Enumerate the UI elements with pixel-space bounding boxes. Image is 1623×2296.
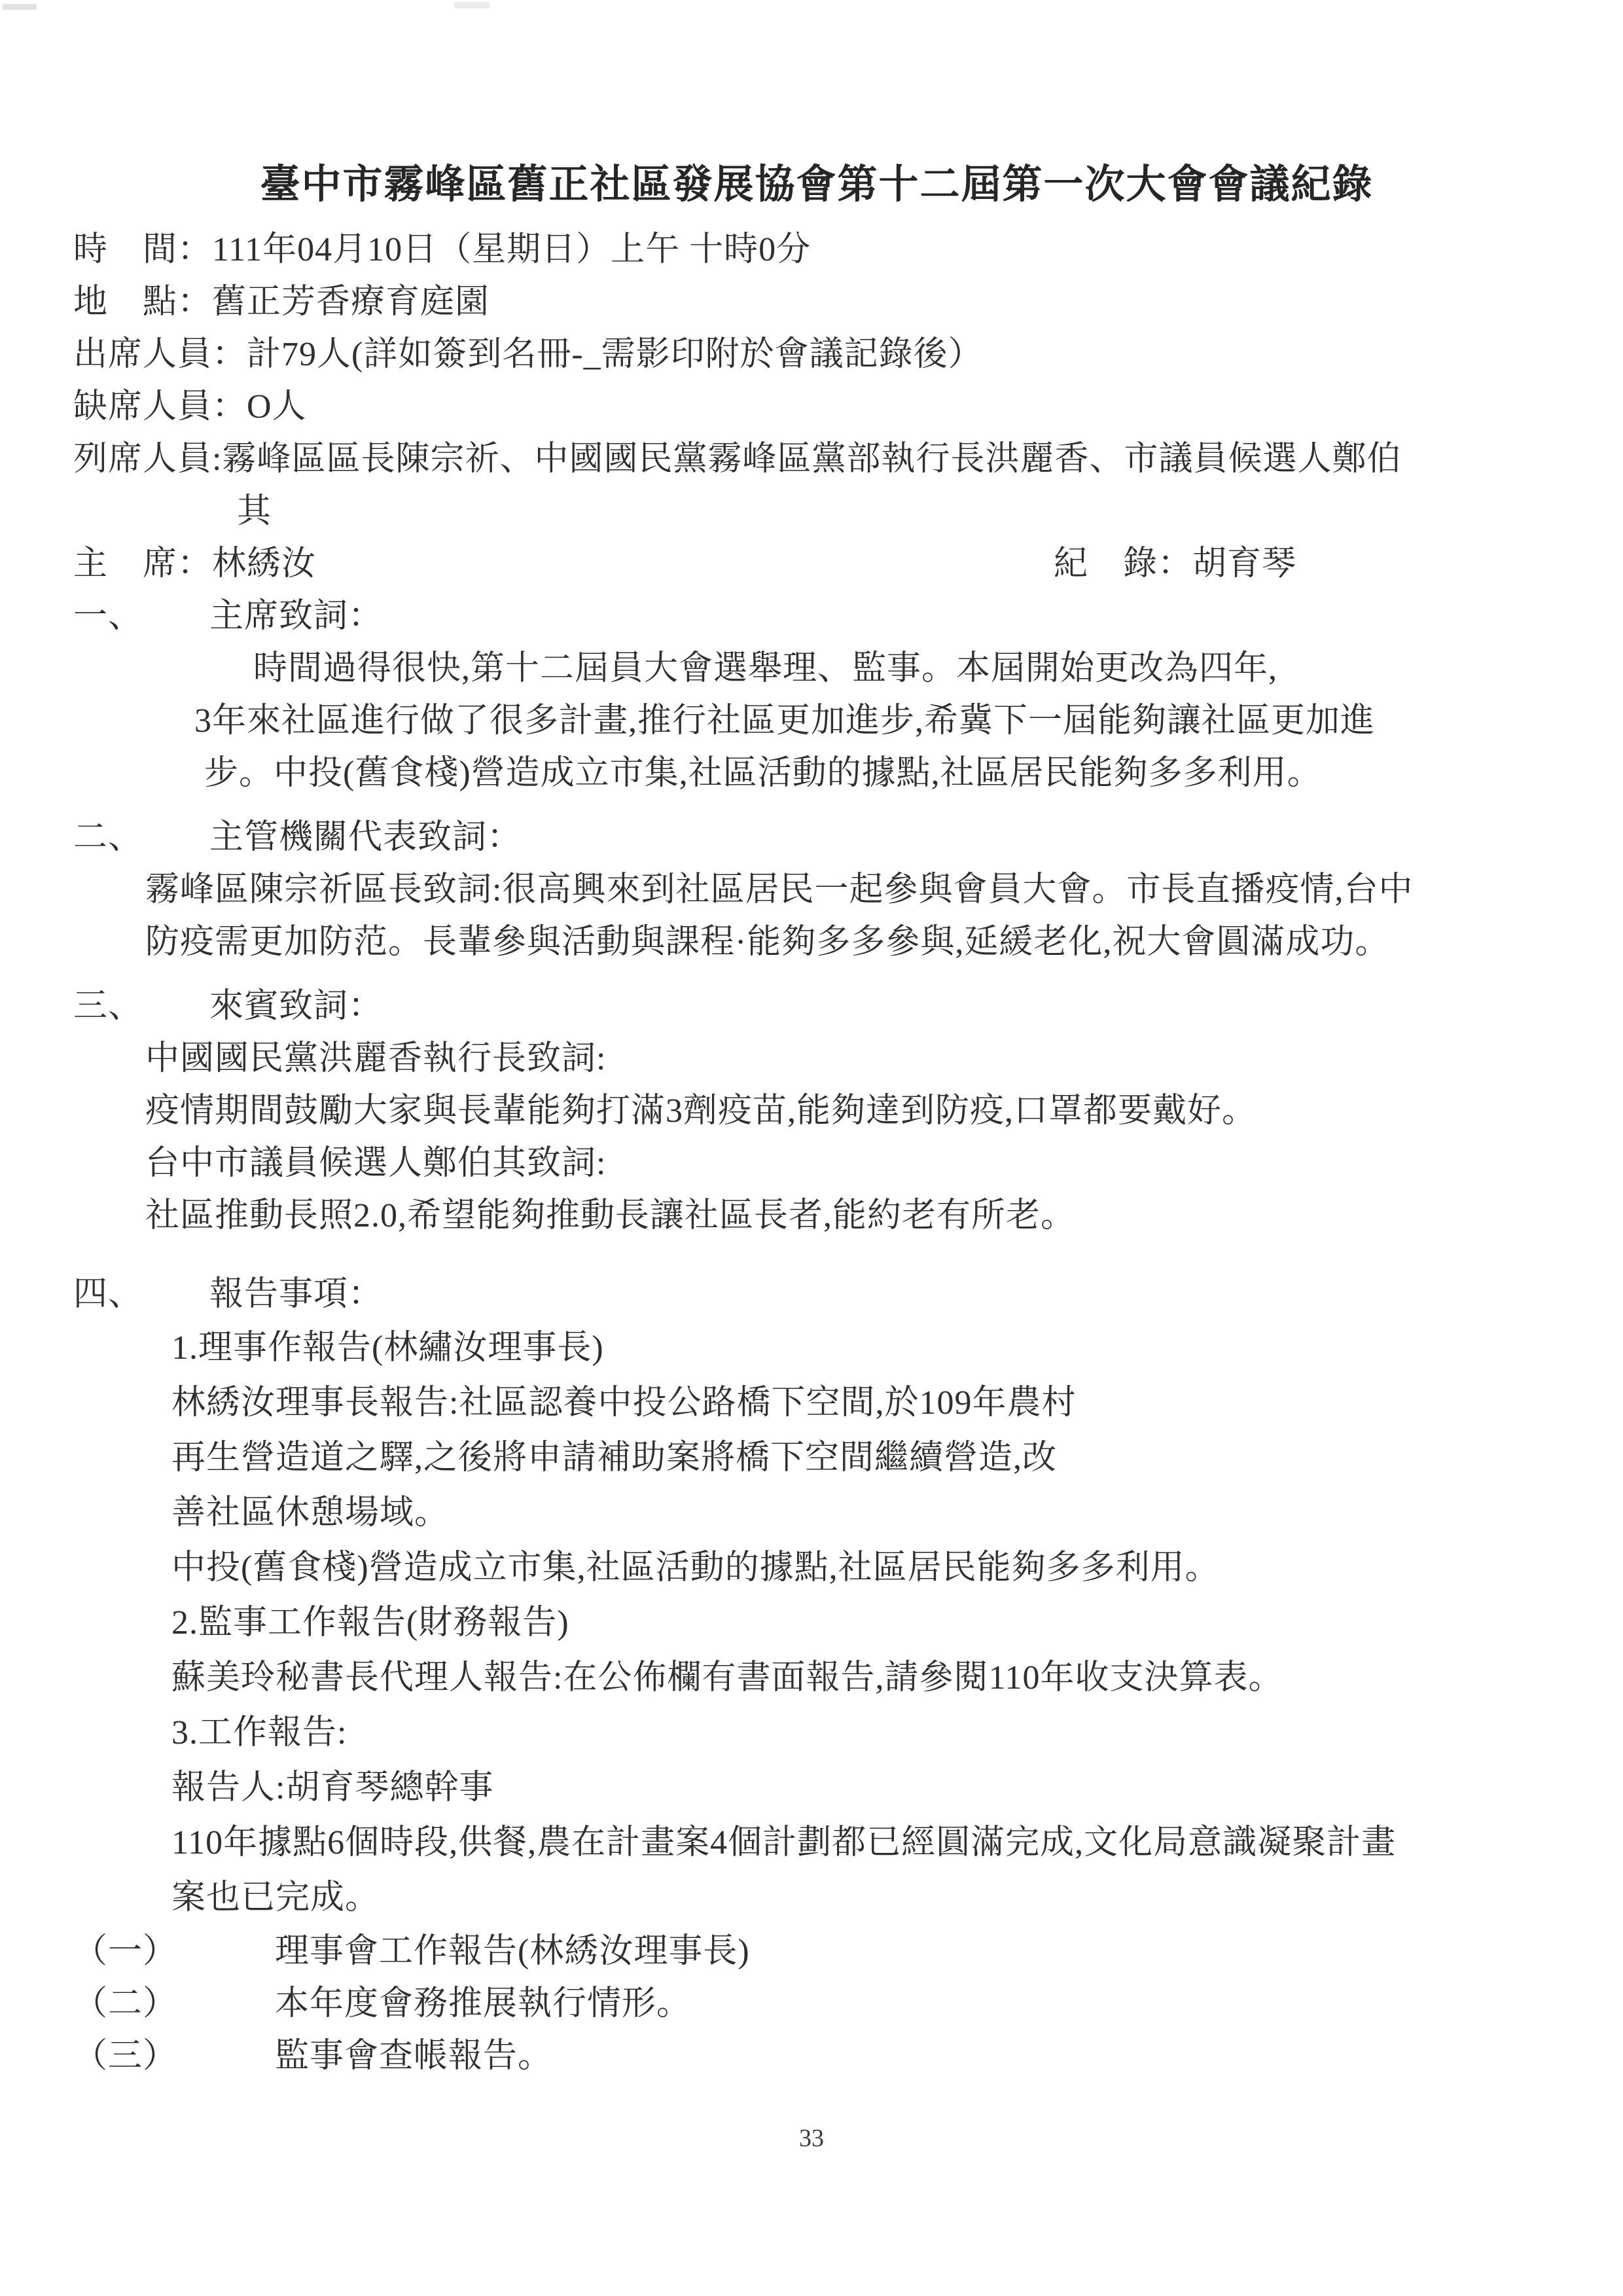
report-item-row: （三） 監事會查帳報告。 bbox=[73, 2030, 1560, 2083]
section-4-paragraph-line: 中投(舊食棧)營造成立市集,社區活動的據點,社區居民能夠多多利用。 bbox=[171, 1541, 1560, 1596]
section-4-paragraph-line: 蘇美玲秘書長代理人報告:在公佈欄有書面報告,請參閱110年收支決算表。 bbox=[171, 1651, 1560, 1706]
section-4-paragraph-line: 110年據點6個時段,供餐,農在計畫案4個計劃都已經圓滿完成,文化局意識凝聚計畫 bbox=[171, 1816, 1560, 1871]
meta-place: 地 點：舊正芳香療育庭園 bbox=[73, 276, 1560, 329]
report-item-text: 本年度會務推展執行情形。 bbox=[275, 1978, 691, 2030]
section-3-heading: 來賓致詞： bbox=[209, 980, 383, 1033]
section-3-paragraph-line: 台中市議員候選人鄭伯其致詞: bbox=[145, 1138, 1560, 1190]
meta-observers: 列席人員:霧峰區區長陳宗祈、中國國民黨霧峰區黨部執行長洪麗香、市議員候選人鄭伯 bbox=[73, 433, 1560, 486]
section-4-paragraph-line: 1.理事作報告(林繡汝理事長) bbox=[171, 1321, 1560, 1376]
report-item-text: 監事會查帳報告。 bbox=[275, 2030, 552, 2083]
meta-recorder: 紀 錄：胡育琴 bbox=[1054, 538, 1296, 590]
report-item-number: （二） bbox=[73, 1978, 275, 2030]
section-2-number: 二、 bbox=[73, 812, 209, 864]
section-4-paragraph-line: 善社區休憩場域。 bbox=[171, 1486, 1560, 1541]
section-1-number: 一、 bbox=[73, 590, 209, 643]
report-item-row: （二） 本年度會務推展執行情形。 bbox=[73, 1978, 1560, 2030]
section-4-heading: 報告事項： bbox=[209, 1268, 383, 1321]
section-4-number: 四、 bbox=[73, 1268, 209, 1321]
section-4-paragraph-line: 2.監事工作報告(財務報告) bbox=[171, 1596, 1560, 1651]
meta-observers-continuation: 其 bbox=[237, 486, 1560, 538]
meta-absent: 缺席人員：O人 bbox=[73, 381, 1560, 433]
report-item-row: （一） 理事會工作報告(林綉汝理事長) bbox=[73, 1926, 1560, 1978]
section-4-paragraph-line: 案也已完成。 bbox=[171, 1871, 1560, 1926]
section-3-number: 三、 bbox=[73, 980, 209, 1033]
section-2-heading: 主管機關代表致詞： bbox=[209, 812, 522, 864]
section-4-heading-row: 四、 報告事項： bbox=[73, 1268, 1560, 1321]
section-4-paragraph-line: 再生營造道之驛,之後將申請補助案將橋下空間繼續營造,改 bbox=[171, 1431, 1560, 1486]
section-3-paragraph-line: 中國國民黨洪麗香執行長致詞: bbox=[145, 1033, 1560, 1085]
section-4-paragraph-line: 3.工作報告: bbox=[171, 1706, 1560, 1761]
report-item-text: 理事會工作報告(林綉汝理事長) bbox=[275, 1926, 750, 1978]
section-3-paragraph-line: 疫情期間鼓勵大家與長輩能夠打滿3劑疫苗,能夠達到防疫,口罩都要戴好。 bbox=[145, 1085, 1560, 1138]
report-item-number: （三） bbox=[73, 2030, 275, 2083]
section-1-heading: 主席致詞： bbox=[209, 590, 383, 643]
meta-time: 時 間：111年04月10日（星期日）上午 十時0分 bbox=[73, 224, 1560, 276]
section-4-paragraph-line: 林綉汝理事長報告:社區認養中投公路橋下空間,於109年農村 bbox=[171, 1376, 1560, 1431]
section-4-paragraph-line: 報告人:胡育琴總幹事 bbox=[171, 1761, 1560, 1816]
meta-chair: 主 席：林綉汝 bbox=[73, 545, 316, 583]
meta-chair-recorder-row: 主 席：林綉汝 紀 錄：胡育琴 bbox=[73, 538, 1560, 590]
document-content: 臺中市霧峰區舊正社區發展協會第十二屆第一次大會會議紀錄 時 間：111年04月1… bbox=[0, 0, 1623, 2083]
meta-attendees: 出席人員：計79人(詳如簽到名冊-_需影印附於會議記錄後） bbox=[73, 329, 1560, 381]
page-number: 33 bbox=[0, 2124, 1623, 2153]
report-item-number: （一） bbox=[73, 1926, 275, 1978]
document-page: 臺中市霧峰區舊正社區發展協會第十二屆第一次大會會議紀錄 時 間：111年04月1… bbox=[0, 0, 1623, 2296]
section-1-paragraph-line: 時間過得很快,第十二屆員大會選舉理、監事。本屆開始更改為四年, bbox=[253, 643, 1560, 695]
section-1-heading-row: 一、 主席致詞： bbox=[73, 590, 1560, 643]
section-2-heading-row: 二、 主管機關代表致詞： bbox=[73, 812, 1560, 864]
section-1-paragraph-line: 步。中投(舊食棧)營造成立市集,社區活動的據點,社區居民能夠多多利用。 bbox=[204, 747, 1560, 800]
section-3-paragraph-line: 社區推動長照2.0,希望能夠推動長讓社區長者,能約老有所老。 bbox=[145, 1190, 1560, 1242]
section-1-paragraph-line: 3年來社區進行做了很多計畫,推行社區更加進步,希冀下一屆能夠讓社區更加進 bbox=[194, 695, 1560, 747]
document-title: 臺中市霧峰區舊正社區發展協會第十二屆第一次大會會議紀錄 bbox=[73, 156, 1560, 215]
section-2-paragraph-line: 防疫需更加防范。長輩參與活動與課程·能夠多多參與,延緩老化,祝大會圓滿成功。 bbox=[145, 916, 1560, 969]
section-3-heading-row: 三、 來賓致詞： bbox=[73, 980, 1560, 1033]
section-2-paragraph-line: 霧峰區陳宗祈區長致詞:很高興來到社區居民一起參與會員大會。市長直播疫情,台中 bbox=[145, 864, 1560, 916]
